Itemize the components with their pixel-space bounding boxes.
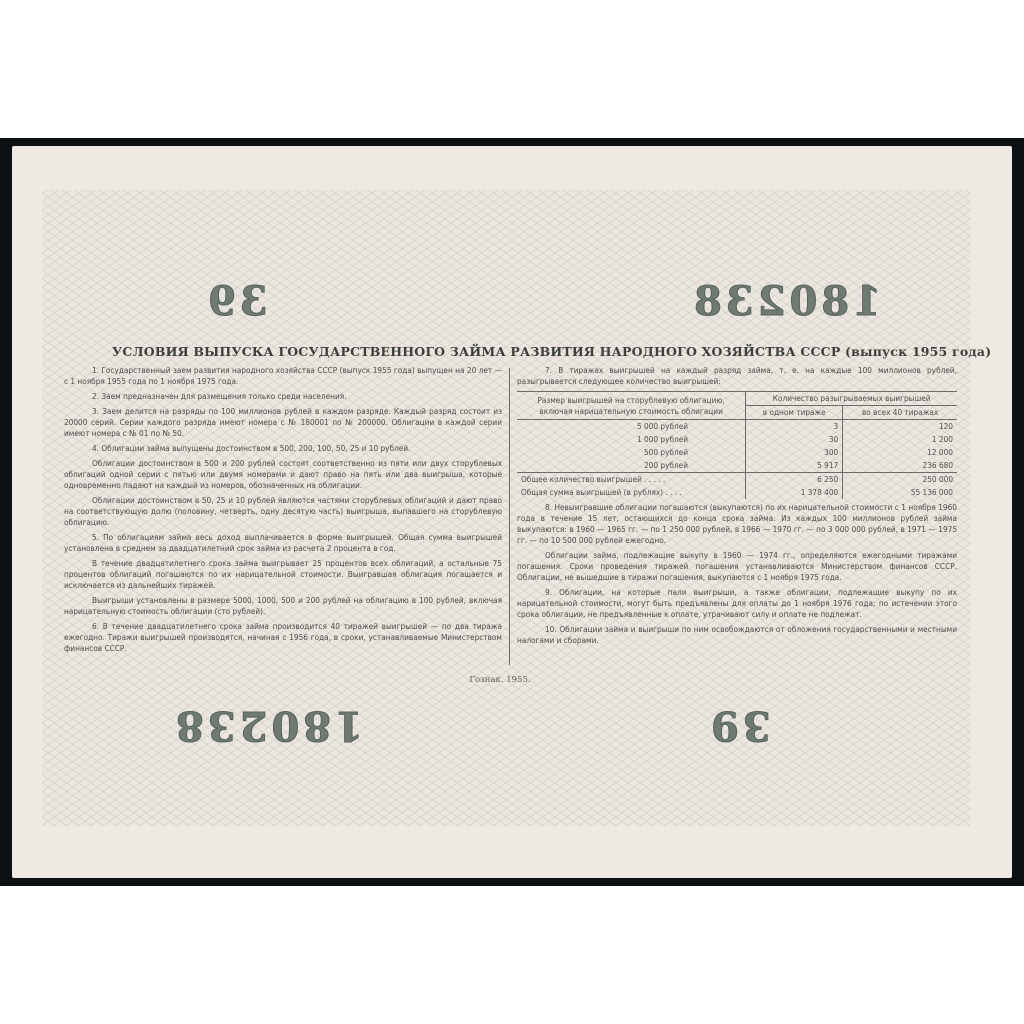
clause-3: 3. Заем делится на разряды по 100 миллио… — [64, 406, 502, 439]
clause-1: 1. Государственный заем развития народно… — [64, 365, 502, 387]
clause-6: 6. В течение двадцатилетнего срока займа… — [64, 621, 502, 654]
conditions-right-column: 7. В тиражах выигрышей на каждый разряд … — [517, 365, 957, 650]
table-header-count: Количество разыгрываемых выигрышей — [746, 392, 957, 406]
table-row: 200 рублей 5 917 236 680 — [517, 459, 957, 473]
series-number-top-left: 39 — [204, 278, 268, 325]
clause-7: 7. В тиражах выигрышей на каждый разряд … — [517, 365, 957, 387]
document-title: УСЛОВИЯ ВЫПУСКА ГОСУДАРСТВЕННОГО ЗАЙМА Р… — [112, 344, 902, 359]
series-number-bottom-right: 39 — [707, 702, 771, 749]
clause-5-part-3: Выигрыши установлены в размере 5000, 100… — [64, 595, 502, 617]
printer-mark: Гознак. 1955. — [400, 675, 600, 685]
clause-10: 10. Облигации займа и выигрыши по ним ос… — [517, 624, 957, 646]
clause-2: 2. Заем предназначен для размещения толь… — [64, 391, 502, 402]
table-row: 1 000 рублей 30 1 200 — [517, 433, 957, 446]
table-total-row: Общая сумма выигрышей (в рублях) . . . .… — [517, 486, 957, 499]
clause-5: 5. По облигациям займа весь доход выплач… — [64, 532, 502, 554]
table-header-prize-size: Размер выигрышей на сторублевую облигаци… — [517, 392, 746, 420]
clause-8-part-2: Облигации займа, подлежащие выкупу в 196… — [517, 550, 957, 583]
serial-number-top-right: 180238 — [690, 278, 881, 325]
clause-5-part-2: В течение двадцатилетнего срока займа вы… — [64, 558, 502, 591]
winnings-table: Размер выигрышей на сторублевую облигаци… — [517, 391, 957, 499]
conditions-left-column: 1. Государственный заем развития народно… — [64, 365, 502, 658]
clause-9: 9. Облигации, на которые пали выигрыши, … — [517, 587, 957, 620]
table-header-one-draw: в одном тираже — [746, 406, 843, 420]
table-total-row: Общее количество выигрышей . . . . . 6 2… — [517, 473, 957, 486]
table-header-all-draws: во всех 40 тиражах — [843, 406, 957, 420]
table-row: 500 рублей 300 12 000 — [517, 446, 957, 459]
serial-number-bottom-left: 180238 — [172, 702, 363, 749]
clause-4-part-3: Облигации достоинством в 50, 25 и 10 руб… — [64, 495, 502, 528]
clause-4: 4. Облигации займа выпущены достоинством… — [64, 443, 502, 454]
table-row: 5 000 рублей 3 120 — [517, 420, 957, 434]
column-divider — [509, 368, 510, 665]
clause-4-part-2: Облигации достоинством в 500 и 200 рубле… — [64, 458, 502, 491]
clause-8: 8. Невыигравшие облигации погашаются (вы… — [517, 502, 957, 546]
